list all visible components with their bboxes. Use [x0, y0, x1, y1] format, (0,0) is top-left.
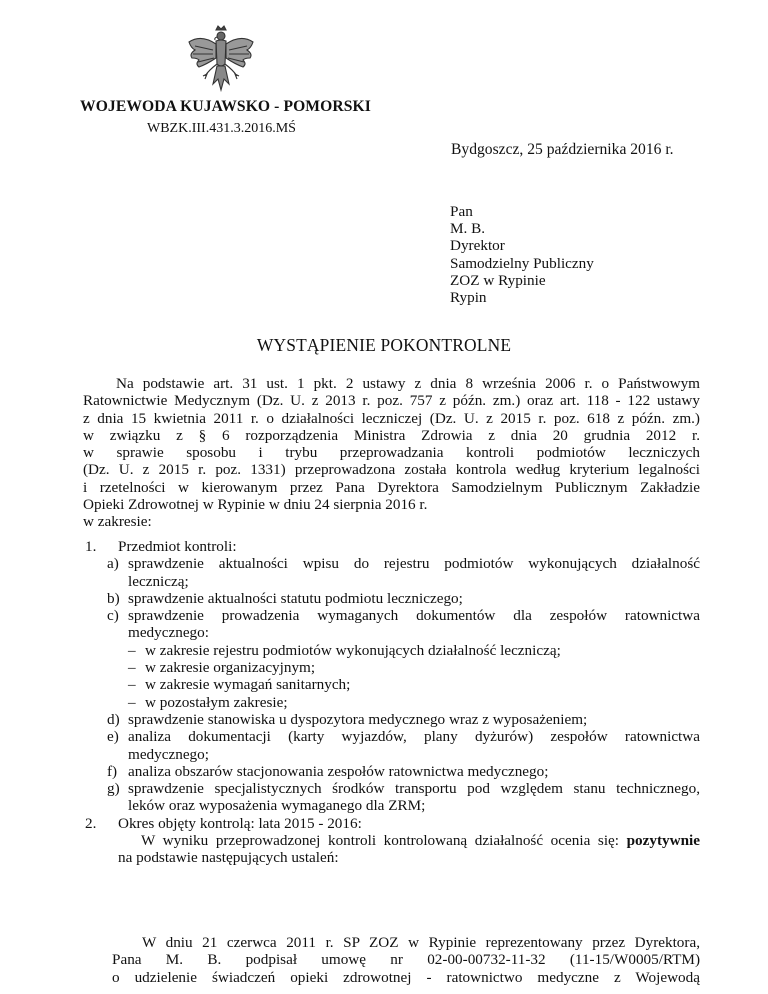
assessment-prefix: W wyniku przeprowadzonej kontroli kontro… [141, 832, 627, 849]
paragraph-line: Ratownictwie Medycznym (Dz. U. z 2013 r.… [83, 392, 700, 409]
paragraph-line: Pana M. B. podpisał umowę nr 02-00-00732… [112, 951, 700, 968]
bullet-item: – w zakresie organizacyjnym; [83, 659, 700, 676]
subitem-a-cont: leczniczą; [83, 573, 700, 590]
subitem-label: e) [107, 728, 119, 745]
assessment-line: W wyniku przeprowadzonej kontroli kontro… [83, 832, 700, 849]
issuing-authority: WOJEWODA KUJAWSKO - POMORSKI [80, 98, 371, 116]
bullet-item: – w zakresie wymagań sanitarnych; [83, 676, 700, 693]
subitem-c-cont: medycznego: [83, 624, 700, 641]
bullet-item: – w pozostałym zakresie; [83, 694, 700, 711]
subitem-label: b) [107, 590, 120, 607]
scope-list: 1. Przedmiot kontroli: a) sprawdzenie ak… [83, 538, 700, 867]
subitem-label: f) [107, 763, 117, 780]
bullet-item: – w zakresie rejestru podmiotów wykonują… [83, 642, 700, 659]
subitem-text: analiza dokumentacji (karty wyjazdów, pl… [128, 728, 700, 745]
paragraph-line: z dnia 15 kwietnia 2011 r. o działalnośc… [83, 410, 700, 427]
subitem-text: sprawdzenie aktualności wpisu do rejestr… [128, 555, 700, 572]
subitem-text: analiza obszarów stacjonowania zespołów … [128, 763, 700, 780]
assessment-suffix: na podstawie następujących ustaleń: [118, 849, 700, 866]
subitem-text: sprawdzenie specjalistycznych środków tr… [128, 780, 700, 797]
bullet-dash: – [128, 659, 136, 676]
recipient-line: ZOZ w Rypinie [450, 272, 594, 289]
bullet-dash: – [128, 694, 136, 711]
paragraph-line: w zakresie: [83, 513, 700, 530]
subitem-g: g) sprawdzenie specjalistycznych środków… [83, 780, 700, 797]
bullet-text: w pozostałym zakresie; [145, 694, 700, 711]
subitem-text: medycznego; [128, 746, 700, 763]
assessment-line-cont: na podstawie następujących ustaleń: [83, 849, 700, 866]
bullet-dash: – [128, 642, 136, 659]
subitem-text: sprawdzenie stanowiska u dyspozytora med… [128, 711, 700, 728]
paragraph-line: (Dz. U. z 2015 r. poz. 1331) przeprowadz… [83, 461, 700, 478]
subitem-label: d) [107, 711, 120, 728]
place-and-date: Bydgoszcz, 25 października 2016 r. [451, 141, 674, 159]
recipient-line: Dyrektor [450, 237, 594, 254]
subitem-label: g) [107, 780, 120, 797]
subitem-d: d) sprawdzenie stanowiska u dyspozytora … [83, 711, 700, 728]
subitem-label: a) [107, 555, 119, 572]
recipient-address: Pan M. B. Dyrektor Samodzielny Publiczny… [450, 203, 594, 306]
paragraph-line: o udzielenie świadczeń opieki zdrowotnej… [112, 969, 700, 986]
subitem-f: f) analiza obszarów stacjonowania zespoł… [83, 763, 700, 780]
recipient-line: Rypin [450, 289, 594, 306]
paragraph-line: W dniu 21 czerwca 2011 r. SP ZOZ w Rypin… [112, 934, 700, 951]
subitem-text: leczniczą; [128, 573, 700, 590]
assessment-text: W wyniku przeprowadzonej kontroli kontro… [118, 832, 700, 849]
list-number: 1. [85, 538, 96, 555]
polish-eagle-emblem-icon [183, 24, 259, 96]
subitem-e: e) analiza dokumentacji (karty wyjazdów,… [83, 728, 700, 745]
bullet-text: w zakresie organizacyjnym; [145, 659, 700, 676]
bullet-text: w zakresie wymagań sanitarnych; [145, 676, 700, 693]
subitem-b: b) sprawdzenie aktualności statutu podmi… [83, 590, 700, 607]
recipient-line: Pan [450, 203, 594, 220]
document-title: WYSTĄPIENIE POKONTROLNE [0, 335, 768, 356]
subitem-c: c) sprawdzenie prowadzenia wymaganych do… [83, 607, 700, 624]
list-heading: Przedmiot kontroli: [118, 538, 700, 555]
paragraph-line: i rzetelności w kierowanym przez Pana Dy… [83, 479, 700, 496]
subitem-g-cont: leków oraz wyposażenia wymaganego dla ZR… [83, 797, 700, 814]
subitem-label: c) [107, 607, 119, 624]
intro-paragraph: Na podstawie art. 31 ust. 1 pkt. 2 ustaw… [83, 375, 700, 531]
paragraph-line: w sprawie sposobu i trybu przeprowadzani… [83, 444, 700, 461]
recipient-line: Samodzielny Publiczny [450, 255, 594, 272]
subitem-text: sprawdzenie prowadzenia wymaganych dokum… [128, 607, 700, 624]
subitem-text: medycznego: [128, 624, 700, 641]
findings-paragraph: W dniu 21 czerwca 2011 r. SP ZOZ w Rypin… [112, 934, 700, 986]
list-item-2: 2. Okres objęty kontrolą: lata 2015 - 20… [83, 815, 700, 832]
bullet-dash: – [128, 676, 136, 693]
reference-number: WBZK.III.431.3.2016.MŚ [147, 121, 296, 137]
subitem-text: sprawdzenie aktualności statutu podmiotu… [128, 590, 700, 607]
subitem-e-cont: medycznego; [83, 746, 700, 763]
list-item-1: 1. Przedmiot kontroli: [83, 538, 700, 555]
list-heading: Okres objęty kontrolą: lata 2015 - 2016: [118, 815, 700, 832]
subitem-text: leków oraz wyposażenia wymaganego dla ZR… [128, 797, 700, 814]
list-number: 2. [85, 815, 96, 832]
recipient-line: M. B. [450, 220, 594, 237]
paragraph-line: Na podstawie art. 31 ust. 1 pkt. 2 ustaw… [83, 375, 700, 392]
assessment-result: pozytywnie [627, 832, 700, 849]
paragraph-line: w związku z § 6 rozporządzenia Ministra … [83, 427, 700, 444]
paragraph-line: Opieki Zdrowotnej w Rypinie w dniu 24 si… [83, 496, 700, 513]
bullet-text: w zakresie rejestru podmiotów wykonujący… [145, 642, 700, 659]
subitem-a: a) sprawdzenie aktualności wpisu do reje… [83, 555, 700, 572]
